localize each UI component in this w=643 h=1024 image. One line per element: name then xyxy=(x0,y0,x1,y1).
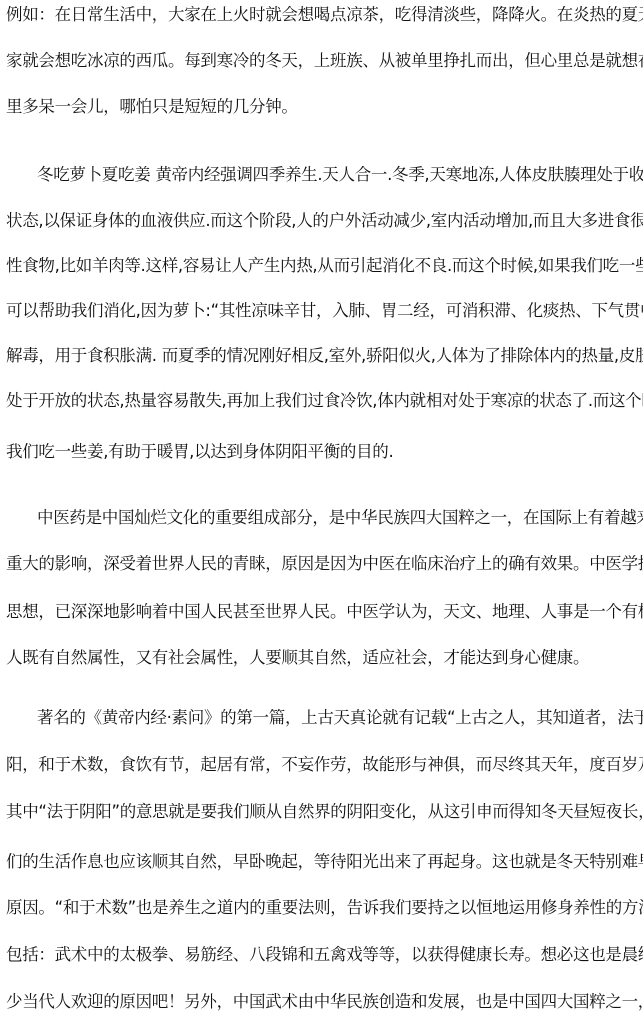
text-line: 著名的《黄帝内经·素问》的第一篇，上古天真论就有记载“上古之人，其知道者，法于阴 xyxy=(37,707,643,729)
text-line: 阳，和于术数，食饮有节，起居有常，不妄作劳，故能形与神俱，而尽终其天年，度百岁乃… xyxy=(6,754,643,776)
text-line: 思想，已深深地影响着中国人民甚至世界人民。中医学认为，天文、地理、人事是一个有机… xyxy=(6,601,643,623)
text-line: 包括：武术中的太极拳、易筋经、八段锦和五禽戏等等，以获得健康长寿。想必这也是晨练… xyxy=(6,944,643,966)
text-line: 可以帮助我们消化,因为萝卜:“其性凉味辛甘，入肺、胃二经，可消积滞、化痰热、下气… xyxy=(6,300,643,322)
text-line: 冬吃萝卜夏吃姜 黄帝内经强调四季养生.天人合一.冬季,天寒地冻,人体皮肤腠理处于… xyxy=(37,164,643,186)
text-line: 其中“法于阴阳”的意思就是要我们顺从自然界的阴阳变化，从这引申而得知冬天昼短夜长… xyxy=(6,801,643,823)
text-line: 重大的影响，深受着世界人民的青睐，原因是因为中医在临床治疗上的确有效果。中医学提… xyxy=(6,553,643,575)
document-page: 例如：在日常生活中，大家在上火时就会想喝点凉茶，吃得清淡些，降降火。在炎热的夏天… xyxy=(0,0,643,1024)
text-line: 少当代人欢迎的原因吧！另外，中国武术由中华民族创造和发展，也是中国四大国粹之一，… xyxy=(6,991,643,1013)
text-line: 处于开放的状态,热量容易散失,再加上我们过食冷饮,体内就相对处于寒凉的状态了.而… xyxy=(6,390,643,412)
text-line: 性食物,比如羊肉等.这样,容易让人产生内热,从而引起消化不良.而这个时候,如果我… xyxy=(6,255,643,277)
text-line: 里多呆一会儿，哪怕只是短短的几分钟。 xyxy=(6,96,298,118)
text-line: 家就会想吃冰凉的西瓜。每到寒冷的冬天，上班族、从被单里挣扎而出，但心里总是就想在… xyxy=(6,50,643,72)
text-line: 例如：在日常生活中，大家在上火时就会想喝点凉茶，吃得清淡些，降降火。在炎热的夏天… xyxy=(6,4,643,26)
text-line: 人既有自然属性，又有社会属性，人要顺其自然，适应社会，才能达到身心健康。 xyxy=(6,647,589,669)
text-line: 中医药是中国灿烂文化的重要组成部分，是中华民族四大国粹之一，在国际上有着越来越 xyxy=(37,507,643,529)
text-line: 原因。“和于术数”也是养生之道内的重要法则，告诉我们要持之以恒地运用修身养性的方… xyxy=(6,897,643,919)
text-line: 状态,以保证身体的血液供应.而这个阶段,人的户外活动减少,室内活动增加,而且大多… xyxy=(6,210,643,232)
text-line: 们的生活作息也应该顺其自然，早卧晚起，等待阳光出来了再起身。这也就是冬天特别难早… xyxy=(6,851,643,873)
text-line: 解毒，用于食积胀满. 而夏季的情况刚好相反,室外,骄阳似火,人体为了排除体内的热… xyxy=(6,345,643,367)
text-line: 我们吃一些姜,有助于暖胃,以达到身体阴阳平衡的目的. xyxy=(6,441,393,463)
